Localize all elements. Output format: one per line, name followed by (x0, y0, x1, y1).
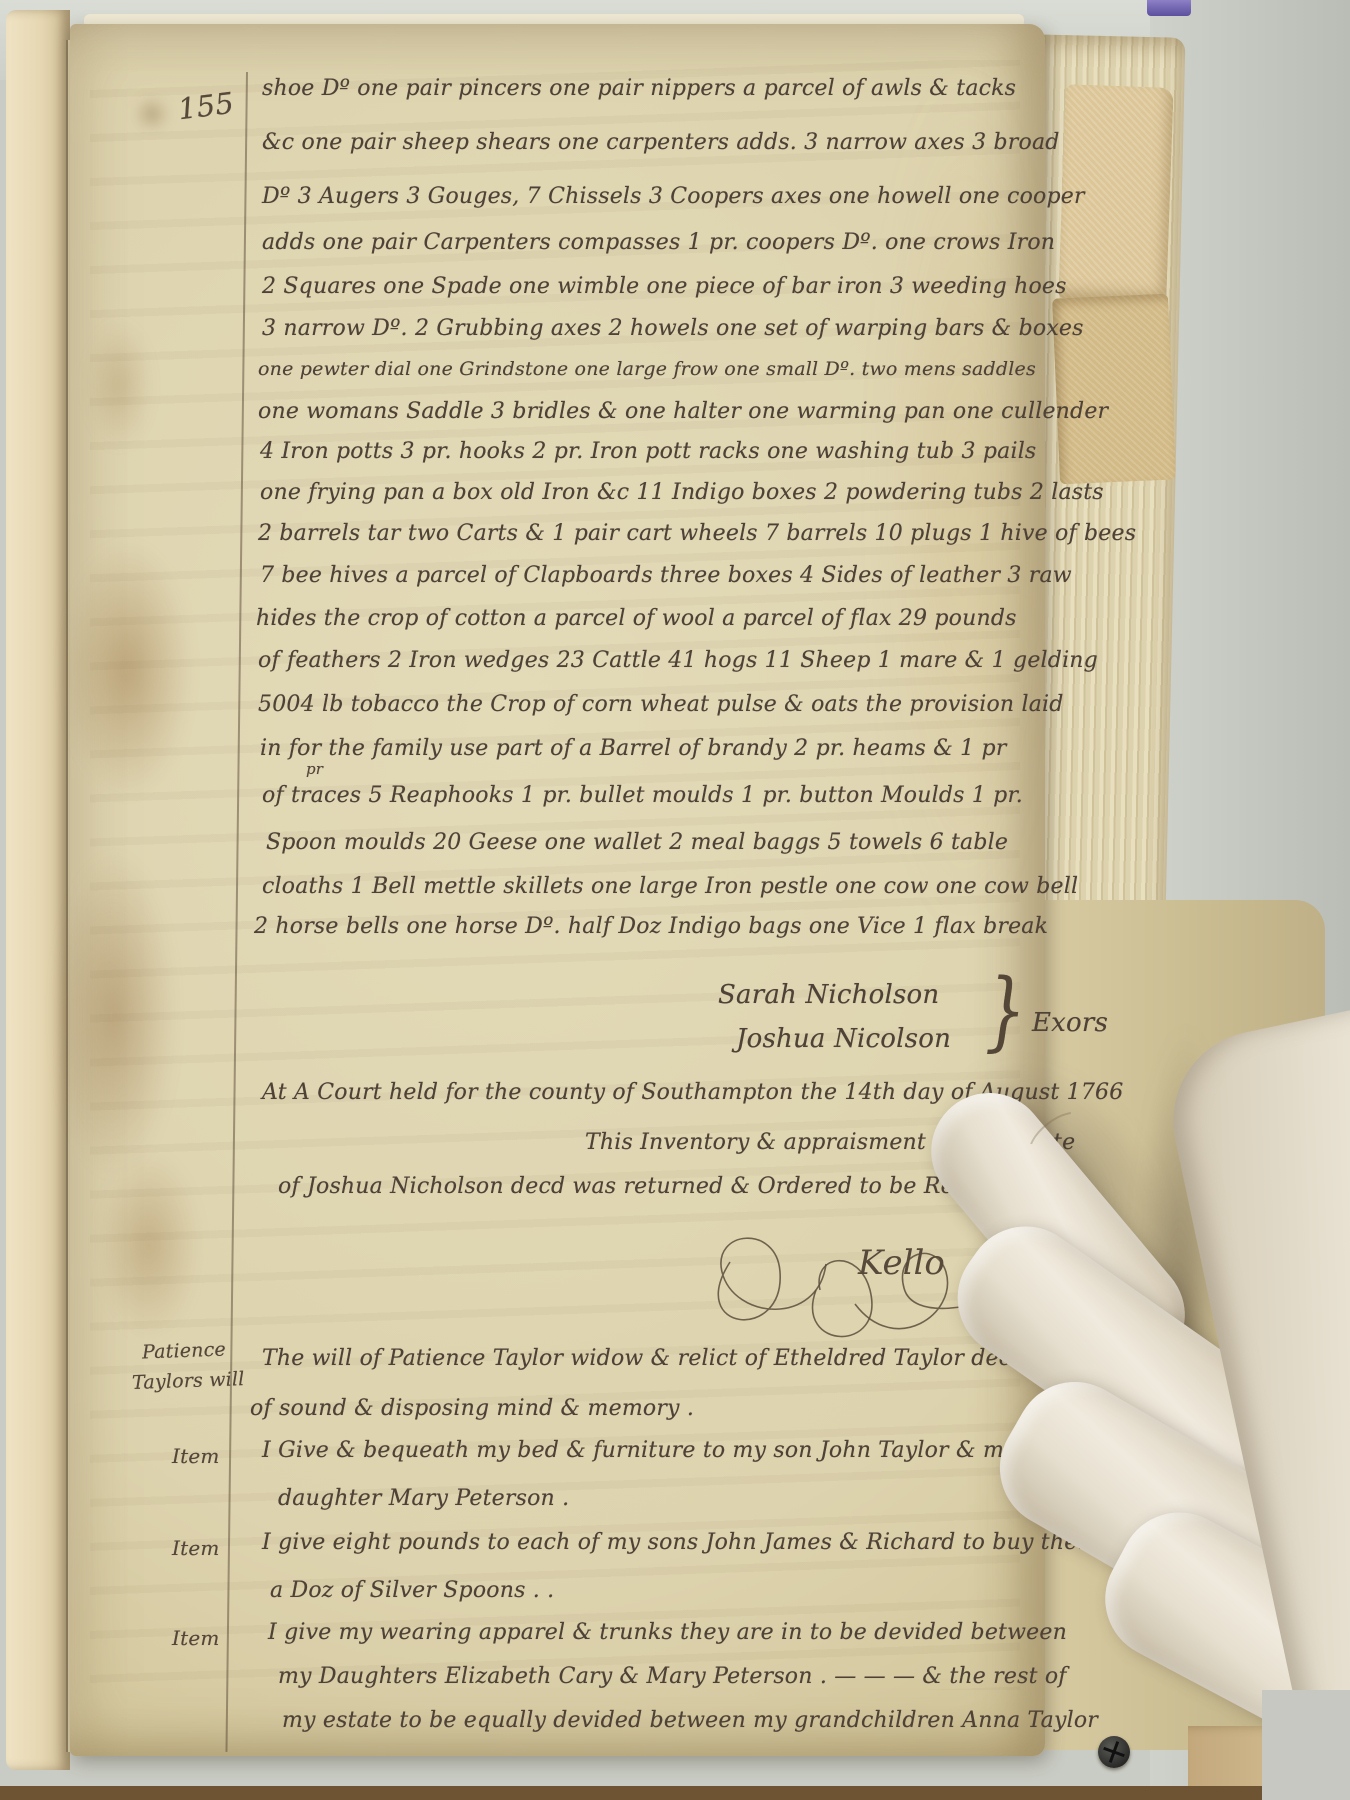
inventory-line: adds one pair Carpenters compasses 1 pr.… (262, 232, 1055, 254)
inventory-line: Dº 3 Augers 3 Gouges, 7 Chissels 3 Coope… (262, 186, 1085, 208)
signature-sarah-nicholson: Sarah Nicholson (718, 982, 939, 1008)
inventory-line: 2 barrels tar two Carts & 1 pair cart wh… (258, 523, 1136, 545)
inventory-line: one frying pan a box old Iron &c 11 Indi… (260, 482, 1104, 504)
floor-corner (1262, 1690, 1350, 1800)
book-cover-left (6, 10, 70, 1770)
will-preamble-line: The will of Patience Taylor widow & reli… (262, 1348, 1096, 1370)
page-number: 155 (176, 89, 235, 125)
inventory-line: in for the family use part of a Barrel o… (260, 738, 1007, 760)
interline-note: pr (306, 762, 323, 777)
inventory-line: 2 Squares one Spade one wimble one piece… (262, 276, 1067, 298)
will-item-line: my Daughters Elizabeth Cary & Mary Peter… (278, 1666, 1067, 1688)
inventory-line: 3 narrow Dº. 2 Grubbing axes 2 howels on… (262, 318, 1084, 340)
wooden-rail-front-face (0, 1786, 1282, 1800)
screw-head (1098, 1736, 1130, 1768)
inventory-line: shoe Dº one pair pincers one pair nipper… (262, 78, 1016, 100)
clerk-signature-name: Kello (857, 1243, 945, 1283)
will-item-line: I give my wearing apparel & trunks they … (268, 1622, 1067, 1644)
will-preamble-line: of sound & disposing mind & memory . (250, 1398, 694, 1420)
will-item-line: a Doz of Silver Spoons . . (270, 1580, 554, 1602)
will-margin-note: Patience (142, 1341, 227, 1363)
will-item-label: Item (172, 1538, 220, 1558)
will-item-label: Item (172, 1628, 220, 1648)
will-item-label: Item (172, 1446, 220, 1466)
will-item-line: I give eight pounds to each of my sons J… (262, 1532, 1098, 1554)
inventory-line: of feathers 2 Iron wedges 23 Cattle 41 h… (258, 650, 1098, 672)
inventory-line: one pewter dial one Grindstone one large… (258, 360, 1036, 379)
inventory-line: Spoon moulds 20 Geese one wallet 2 meal … (266, 832, 1008, 854)
inventory-line: 7 bee hives a parcel of Clapboards three… (260, 565, 1072, 587)
will-margin-note: Taylors will (132, 1370, 245, 1393)
inventory-line: hides the crop of cotton a parcel of woo… (256, 608, 1017, 630)
inventory-line: 4 Iron potts 3 pr. hooks 2 pr. Iron pott… (260, 441, 1036, 463)
inventory-line: 2 horse bells one horse Dº. half Doz Ind… (254, 916, 1048, 938)
inventory-line: of traces 5 Reaphooks 1 pr. bullet mould… (262, 785, 1023, 807)
will-item-line: daughter Mary Peterson . (278, 1488, 569, 1510)
signature-joshua-nicolson: Joshua Nicolson (736, 1026, 951, 1052)
inventory-line: one womans Saddle 3 bridles & one halter… (258, 401, 1108, 423)
inventory-line: cloaths 1 Bell mettle skillets one large… (262, 876, 1078, 898)
purple-object-top (1147, 0, 1191, 16)
inventory-line: 5004 lb tobacco the Crop of corn wheat p… (258, 694, 1064, 716)
inventory-line: &c one pair sheep shears one carpenters … (262, 132, 1060, 154)
